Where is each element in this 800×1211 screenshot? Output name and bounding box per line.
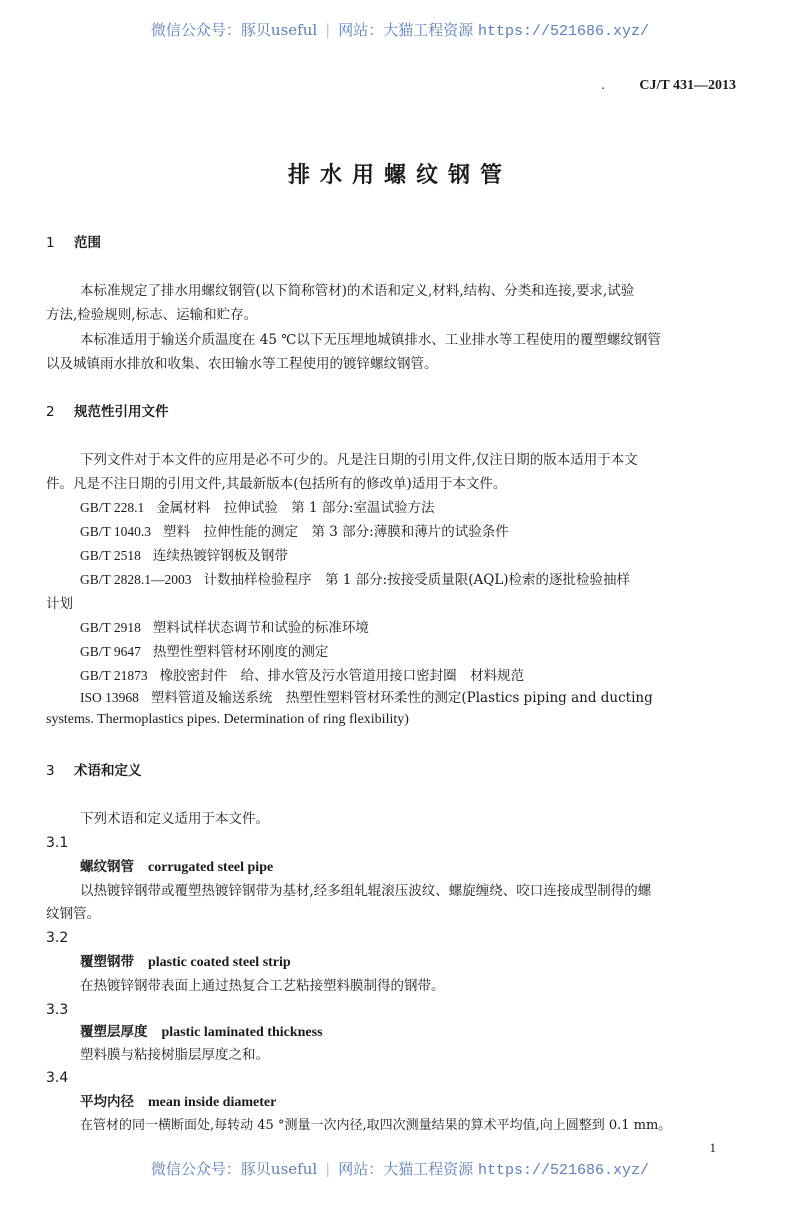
reference-item: GB/T 228.1金属材料 拉伸试验 第 1 部分:室温试验方法 [80,498,780,518]
section-title: 范围 [74,235,101,251]
paragraph-line: 以及城镇雨水排放和收集、农田输水等工程使用的镀锌螺纹钢管。 [46,354,746,374]
term-heading: 覆塑层厚度plastic laminated thickness [80,1022,780,1043]
reference-code: ISO 13968 [80,690,139,705]
reference-code: GB/T 228.1 [80,500,144,515]
reference-item: GB/T 1040.3塑料 拉伸性能的测定 第 3 部分:薄膜和薄片的试验条件 [80,522,780,542]
reference-item: GB/T 2518连续热镀锌钢板及钢带 [80,546,780,566]
paragraph-line: 下列文件对于本文件的应用是必不可少的。凡是注日期的引用文件,仅注日期的版本适用于… [80,450,780,470]
watermark-site: 网站：大猫工程资源 [338,21,473,39]
term-zh: 平均内径 [80,1094,134,1110]
reference-title: 热塑性塑料管材环刚度的测定 [153,644,329,660]
reference-title: 塑料试样状态调节和试验的标准环境 [153,620,369,636]
paragraph-line: 本标准适用于输送介质温度在 45 ℃以下无压埋地城镇排水、工业排水等工程使用的覆… [80,330,780,350]
document-number: . CJ/T 431—2013 [639,78,736,94]
reference-code: GB/T 9647 [80,644,141,659]
reference-title: 连续热镀锌钢板及钢带 [153,548,288,564]
term-en: plastic laminated thickness [162,1025,323,1040]
reference-item: GB/T 2828.1—2003计数抽样检验程序 第 1 部分:按接受质量限(A… [80,570,780,590]
paragraph-line: 方法,检验规则,标志、运输和贮存。 [46,305,746,325]
term-definition: 塑料膜与粘接树脂层厚度之和。 [80,1045,780,1065]
term-heading: 平均内径mean inside diameter [80,1092,780,1113]
watermark-separator: | [325,21,330,39]
watermark-site: 网站：大猫工程资源 [338,1160,473,1178]
header-dot: . [601,78,605,94]
reference-continuation: 计划 [46,594,746,614]
clause-number: 3.3 [46,1000,746,1020]
term-en: corrugated steel pipe [148,860,273,875]
reference-title: 金属材料 拉伸试验 第 1 部分:室温试验方法 [156,500,434,516]
section-number: 3 [46,761,74,781]
watermark-top: 微信公众号：豚贝useful|网站：大猫工程资源 https://521686.… [0,19,800,40]
term-definition: 以热镀锌钢带或覆塑热镀锌钢带为基材,经多组轧辊滚压波纹、螺旋缠绕、咬口连接成型制… [80,881,780,901]
term-en: plastic coated steel strip [148,955,291,970]
term-definition-continuation: 纹钢管。 [46,904,746,924]
paragraph-line: 本标准规定了排水用螺纹钢管(以下简称管材)的术语和定义,材料,结构、分类和连接,… [80,281,780,301]
reference-title: 橡胶密封件 给、排水管及污水管道用接口密封圈 材料规范 [160,668,525,684]
watermark-bottom: 微信公众号：豚贝useful|网站：大猫工程资源 https://521686.… [0,1158,800,1179]
reference-title: 塑料管道及输送系统 热塑性塑料管材环柔性的测定(Plastics piping … [151,690,653,706]
section-heading-2: 2规范性引用文件 [46,402,746,422]
reference-code: GB/T 21873 [80,668,148,683]
term-definition: 在管材的同一横断面处,每转动 45 °测量一次内径,取四次测量结果的算术平均值,… [80,1116,780,1136]
section-heading-3: 3术语和定义 [46,761,746,781]
section-number: 1 [46,233,74,253]
reference-item: ISO 13968塑料管道及输送系统 热塑性塑料管材环柔性的测定(Plastic… [80,688,780,708]
reference-code: GB/T 2518 [80,548,141,563]
paragraph-line: 件。凡是不注日期的引用文件,其最新版本(包括所有的修改单)适用于本文件。 [46,474,746,494]
clause-number: 3.4 [46,1068,746,1088]
document-number-text: CJ/T 431—2013 [639,78,736,93]
term-en: mean inside diameter [148,1095,276,1110]
watermark-url[interactable]: https://521686.xyz/ [478,1162,649,1179]
term-heading: 覆塑钢带plastic coated steel strip [80,952,780,973]
reference-title: 塑料 拉伸性能的测定 第 3 部分:薄膜和薄片的试验条件 [163,524,509,540]
reference-title: 计数抽样检验程序 第 1 部分:按接受质量限(AQL)检索的逐批检验抽样 [204,572,631,588]
page-title: 排水用螺纹钢管 [0,158,800,189]
page-number: 1 [710,1140,717,1156]
reference-code: GB/T 1040.3 [80,524,151,539]
clause-number: 3.2 [46,928,746,948]
paragraph-line: 下列术语和定义适用于本文件。 [80,809,780,829]
reference-item: GB/T 9647热塑性塑料管材环刚度的测定 [80,642,780,662]
term-zh: 螺纹钢管 [80,859,134,875]
reference-item: GB/T 2918塑料试样状态调节和试验的标准环境 [80,618,780,638]
watermark-wechat: 微信公众号：豚贝useful [151,1160,317,1178]
term-zh: 覆塑钢带 [80,954,134,970]
section-title: 术语和定义 [74,763,142,779]
section-title: 规范性引用文件 [74,404,169,420]
section-number: 2 [46,402,74,422]
reference-continuation: systems. Thermoplastics pipes. Determina… [46,710,746,730]
watermark-wechat: 微信公众号：豚贝useful [151,21,317,39]
clause-number: 3.1 [46,833,746,853]
reference-item: GB/T 21873橡胶密封件 给、排水管及污水管道用接口密封圈 材料规范 [80,666,780,686]
watermark-separator: | [325,1160,330,1178]
term-definition: 在热镀锌钢带表面上通过热复合工艺粘接塑料膜制得的钢带。 [80,976,780,996]
watermark-url[interactable]: https://521686.xyz/ [478,23,649,40]
section-heading-1: 1范围 [46,233,746,253]
reference-code: GB/T 2918 [80,620,141,635]
term-zh: 覆塑层厚度 [80,1024,148,1040]
reference-code: GB/T 2828.1—2003 [80,572,192,587]
term-heading: 螺纹钢管corrugated steel pipe [80,857,780,878]
